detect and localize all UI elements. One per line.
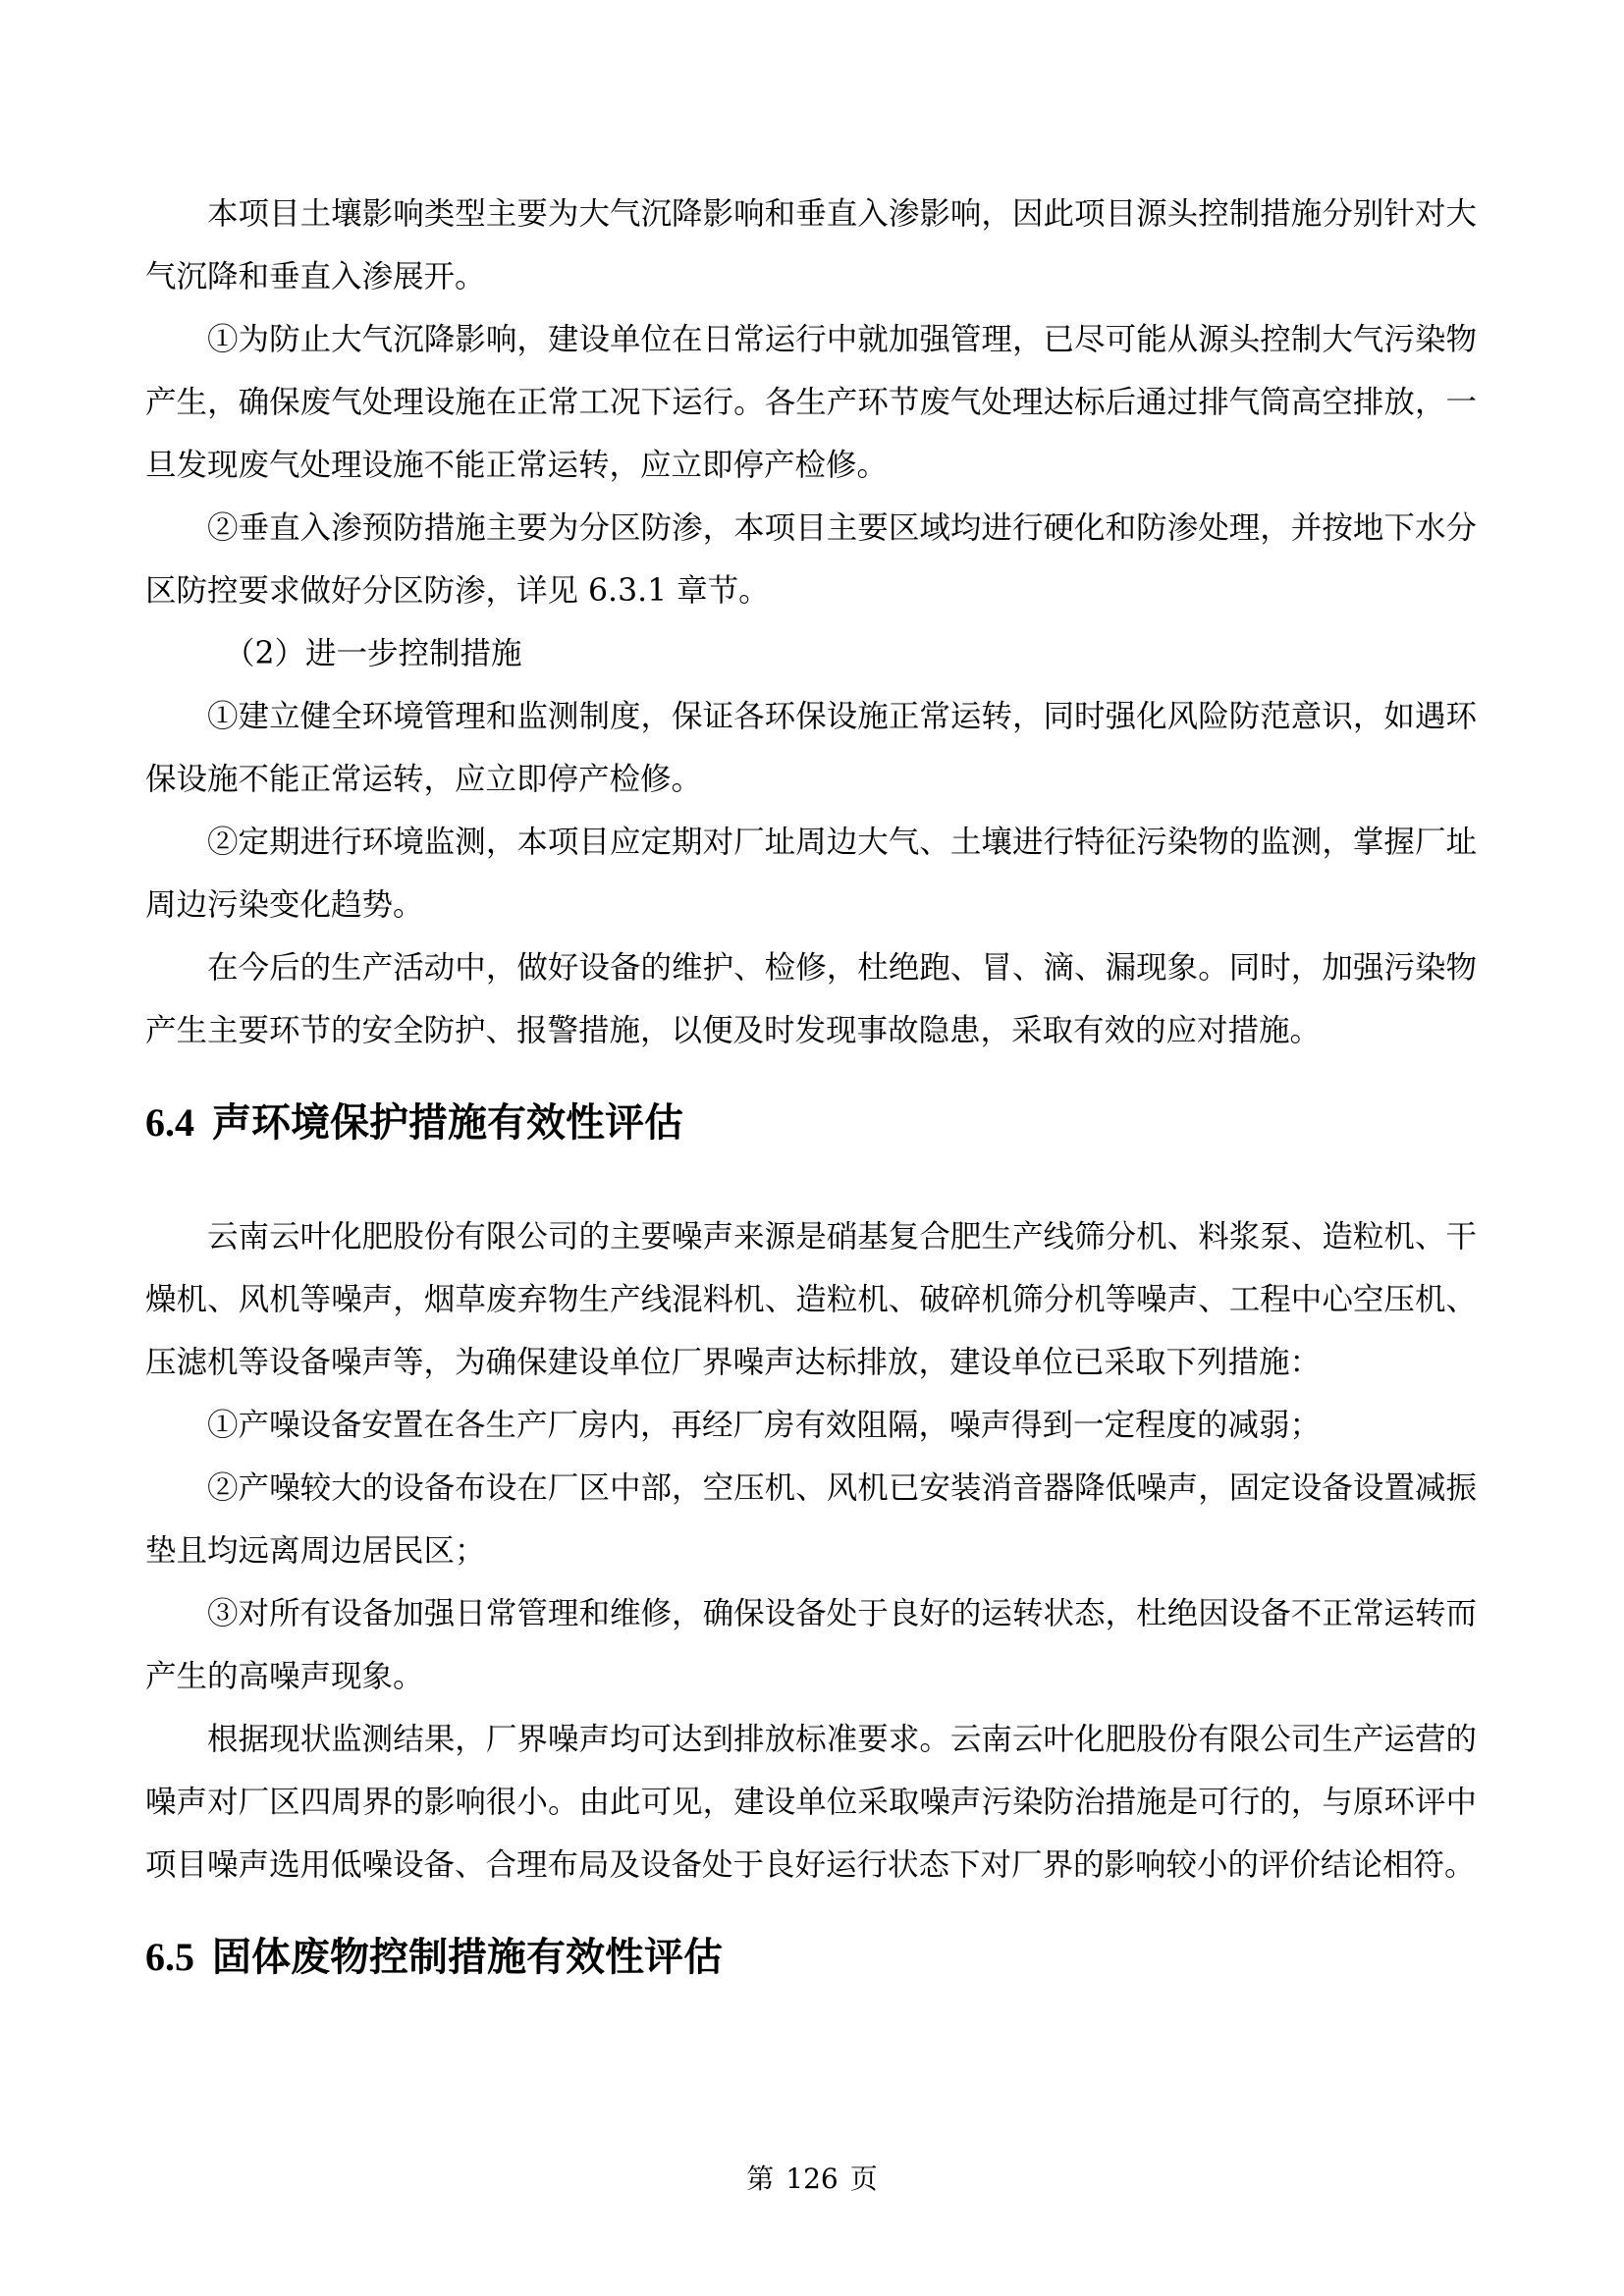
section-heading-6-4: 6.4声环境保护措施有效性评估 [145, 1092, 1477, 1154]
section-number: 6.5 [145, 1926, 194, 1989]
section-number: 6.4 [145, 1092, 194, 1154]
page-prefix: 第 [746, 2163, 774, 2195]
section-heading-6-5: 6.5固体废物控制措施有效性评估 [145, 1926, 1477, 1989]
paragraph-soil-impact-type: 本项目土壤影响类型主要为大气沉降影响和垂直入渗影响，因此项目源头控制措施分别针对… [145, 183, 1477, 308]
document-page: 本项目土壤影响类型主要为大气沉降影响和垂直入渗影响，因此项目源头控制措施分别针对… [145, 183, 1477, 1989]
page-suffix: 页 [850, 2163, 878, 2195]
paragraph-noise-measure-2: ②产噪较大的设备布设在厂区中部，空压机、风机已安装消音器降低噪声，固定设备设置减… [145, 1457, 1477, 1582]
paragraph-equipment-maintenance: 在今后的生产活动中，做好设备的维护、检修，杜绝跑、冒、滴、漏现象。同时，加强污染… [145, 936, 1477, 1062]
paragraph-environmental-management-system: ①建立健全环境管理和监测制度，保证各环保设施正常运转，同时强化风险防范意识，如遇… [145, 685, 1477, 811]
paragraph-noise-measure-1: ①产噪设备安置在各生产厂房内，再经厂房有效阻隔，噪声得到一定程度的减弱； [145, 1394, 1477, 1457]
section-title: 声环境保护措施有效性评估 [212, 1100, 683, 1145]
paragraph-noise-sources: 云南云叶化肥股份有限公司的主要噪声来源是硝基复合肥生产线筛分机、料浆泵、造粒机、… [145, 1205, 1477, 1394]
section-title: 固体废物控制措施有效性评估 [212, 1935, 723, 1979]
paragraph-noise-conclusion: 根据现状监测结果，厂界噪声均可达到排放标准要求。云南云叶化肥股份有限公司生产运营… [145, 1708, 1477, 1896]
page-footer: 第126页 [0, 2162, 1624, 2197]
paragraph-atmospheric-deposition: ①为防止大气沉降影响，建设单位在日常运行中就加强管理，已尽可能从源头控制大气污染… [145, 308, 1477, 497]
paragraph-periodic-monitoring: ②定期进行环境监测，本项目应定期对厂址周边大气、土壤进行特征污染物的监测，掌握厂… [145, 811, 1477, 936]
page-number: 126 [785, 2163, 838, 2195]
paragraph-vertical-infiltration: ②垂直入渗预防措施主要为分区防渗，本项目主要区域均进行硬化和防渗处理，并按地下水… [145, 497, 1477, 622]
subheading-further-control-measures: （2）进一步控制措施 [145, 622, 1477, 685]
paragraph-noise-measure-3: ③对所有设备加强日常管理和维修，确保设备处于良好的运转状态，杜绝因设备不正常运转… [145, 1582, 1477, 1708]
